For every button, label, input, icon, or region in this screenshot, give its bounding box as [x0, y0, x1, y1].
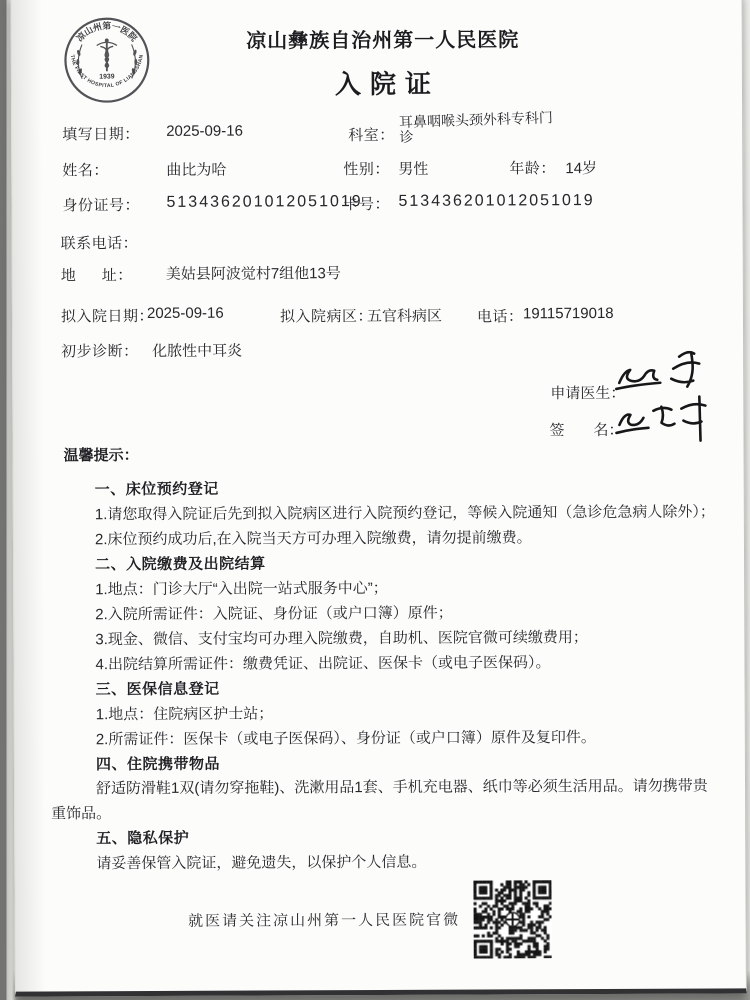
card-number-value: 513436201012051019	[398, 192, 594, 211]
wechat-qr-code-icon	[473, 880, 551, 958]
tips-heading-5: 五、隐私保护	[51, 824, 719, 852]
doctor-signature-handwriting	[611, 346, 729, 449]
fill-date-value: 2025-09-16	[166, 123, 243, 140]
planned-ward-label: 拟入院病区：	[280, 305, 373, 326]
tips-item: 4.出院结算所需证件：缴费凭证、出院证、医保卡（或电子医保码）。	[50, 650, 718, 678]
wechat-follow-text: 就医请关注凉山州第一人民医院官微	[152, 908, 497, 931]
tips-item: 1.地点：门诊大厅“入出院一站式服务中心”；	[50, 575, 718, 603]
tips-section: 温馨提示： 一、床位预约登记 1.请您取得入院证后先到拟入院病区进行入院预约登记…	[50, 443, 720, 877]
id-number-label: 身份证号：	[62, 194, 140, 215]
ward-phone-label: 电话：	[477, 305, 524, 326]
tips-item: 2.入院所需证件：入院证、身份证（或户口簿）原件；	[50, 600, 718, 628]
planned-date-value: 2025-09-16	[147, 305, 224, 322]
card-number-label: 卡号：	[343, 193, 390, 214]
tips-item: 1.地点：住院病区护士站；	[51, 700, 719, 728]
address-value: 美姑县阿波觉村7组他13号	[166, 262, 341, 284]
address-label: 地址：	[61, 264, 133, 285]
fill-date-label: 填写日期：	[62, 123, 140, 144]
age-label: 年龄：	[509, 157, 556, 178]
tips-heading-2: 二、入院缴费及出院结算	[50, 550, 718, 578]
gender-label: 性别：	[343, 158, 390, 179]
tips-item: 1.请您取得入院证后先到拟入院病区进行入院预约登记，等候入院通知（急诊危急病人除…	[50, 500, 718, 528]
tips-item: 请妥善保管入院证，避免遗失，以保护个人信息。	[51, 849, 719, 877]
tips-item: 舒适防滑鞋1双(请勿穿拖鞋)、洗漱用品1套、手机充电器、纸巾等必须生活用品。请勿…	[51, 775, 719, 827]
name-label: 姓名：	[62, 159, 109, 180]
age-value: 14岁	[565, 157, 597, 178]
planned-date-label: 拟入院日期：	[61, 305, 154, 326]
document-title: 入院证	[23, 62, 743, 102]
tips-item: 2.床位预约成功后,在入院当天方可办理入院缴费，请勿提前缴费。	[50, 525, 718, 553]
id-number-value: 513436201012051019	[166, 193, 362, 212]
tips-heading-1: 一、床位预约登记	[50, 475, 718, 503]
gender-value: 男性	[398, 158, 428, 179]
department-value: 耳鼻咽喉头颈外科专科门诊	[399, 110, 562, 145]
department-label: 科室：	[348, 124, 395, 145]
diagnosis-value: 化脓性中耳炎	[152, 340, 242, 361]
tips-item: 3.现金、微信、支付宝均可办理入院缴费，自助机、医院官微可续缴费用；	[50, 625, 718, 653]
tips-item: 2.所需证件：医保卡（或电子医保码）、身份证（或户口簿）原件及复印件。	[51, 725, 719, 753]
tips-heading-4: 四、住院携带物品	[51, 750, 719, 778]
tips-heading-3: 三、医保信息登记	[51, 675, 719, 703]
diagnosis-label: 初步诊断：	[61, 340, 139, 361]
planned-ward-value: 五官科病区	[367, 305, 442, 326]
contact-phone-label: 联系电话：	[61, 232, 139, 253]
tips-title: 温馨提示：	[50, 443, 718, 478]
hospital-name: 凉山彝族自治州第一人民医院	[23, 22, 743, 54]
scanned-sheet: 凉山州第一医院 THE FIRST HOSPITAL OF LIANGSHAN …	[0, 0, 750, 1000]
ward-phone-value: 19115719018	[523, 305, 614, 322]
name-value: 曲比为哈	[166, 159, 226, 180]
